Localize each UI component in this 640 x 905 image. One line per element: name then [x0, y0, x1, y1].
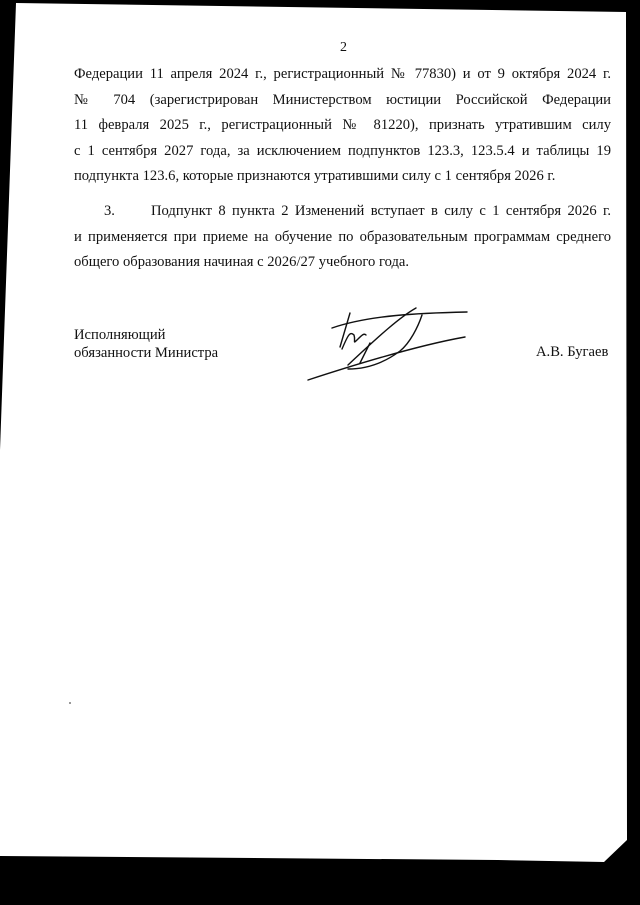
handwritten-signature-icon [300, 305, 480, 395]
page-number: 2 [340, 40, 347, 56]
paragraph-line: с 1 сентября 2027 года, за исключением п… [74, 139, 611, 165]
footer-document-code: О внесении изменений – 03 [63, 856, 158, 865]
paragraph-line: 11 февраля 2025 г., регистрационный № 81… [74, 113, 611, 139]
signatory-title: Исполняющий обязанности Министра [74, 326, 218, 362]
signatory-title-line: обязанности Министра [74, 344, 218, 362]
paragraph-line: общего образования начиная с 2026/27 уче… [74, 250, 611, 276]
scan-speck [69, 702, 71, 704]
paragraph-line: № 704 (зарегистрирован Министерством юст… [74, 88, 611, 114]
paragraph-line: и применяется при приеме на обучение по … [74, 225, 611, 251]
signatory-name: А.В. Бугаев [536, 344, 608, 361]
item-number: 3. [104, 199, 151, 225]
paragraph-continuation: Федерации 11 апреля 2024 г., регистрацио… [74, 62, 611, 190]
paragraph-line: Федерации 11 апреля 2024 г., регистрацио… [74, 62, 611, 88]
paragraph-item-3: 3.Подпункт 8 пункта 2 Изменений вступает… [74, 199, 611, 276]
document-page: 2 Федерации 11 апреля 2024 г., регистрац… [0, 0, 640, 905]
paragraph-first-line: 3.Подпункт 8 пункта 2 Изменений вступает… [74, 199, 611, 225]
paragraph-line: Подпункт 8 пункта 2 Изменений вступает в… [151, 203, 611, 219]
signatory-title-line: Исполняющий [74, 326, 218, 344]
paragraph-line: подпункта 123.6, которые признаются утра… [74, 164, 611, 190]
